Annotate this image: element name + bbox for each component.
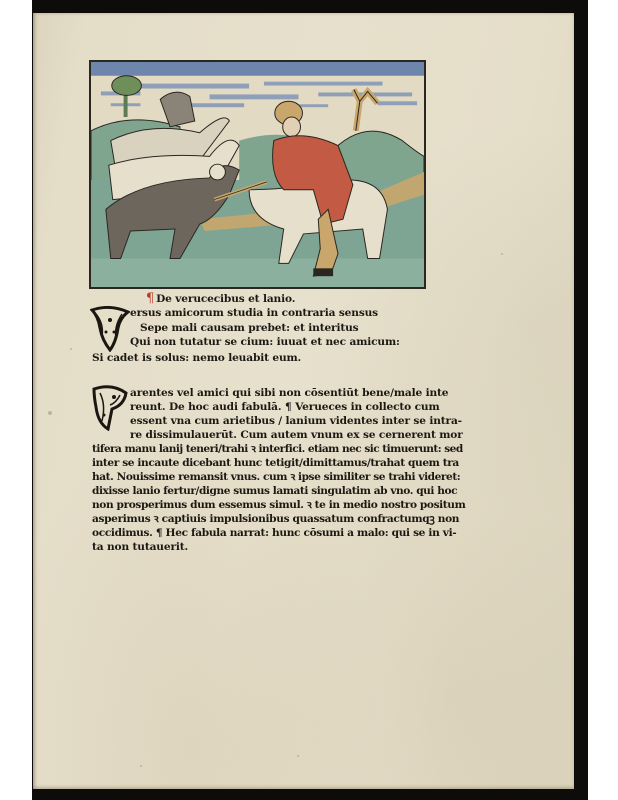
prose-line: tifera manu lanij teneri/trahi ꝛ interfi… (92, 442, 463, 456)
woodcut-scene-icon (91, 62, 424, 287)
foxing-spot (140, 765, 142, 767)
verse-line: Qui non tutatur se cium: iuuat et nec am… (130, 335, 400, 349)
foxing-spot (297, 755, 299, 757)
paragraph-mark-icon: ¶ (146, 291, 154, 306)
decorated-initial-v (90, 306, 130, 352)
woodcut-illustration (89, 60, 426, 289)
fable-title-text: De verucecibus et lanio. (156, 293, 295, 305)
prose-line: reunt. De hoc audi fabulā. ¶ Verueces in… (130, 400, 440, 414)
fable-title: ¶De verucecibus et lanio. (146, 292, 295, 306)
foxing-spot (48, 411, 52, 415)
verse-line: Sepe mali causam prebet: et interitus (140, 321, 358, 335)
prose-line: asperimus ꝛ captiuis impulsionibus quass… (92, 512, 459, 526)
foxing-spot (70, 348, 72, 350)
prose-line: dixisse lanio fertur/digne sumus lamati … (92, 484, 457, 498)
verse-line: Si cadet is solus: nemo leuabit eum. (92, 351, 301, 365)
prose-line: occidimus. ¶ Hec fabula narrat: hunc cōs… (92, 526, 456, 540)
prose-line: ta non tutauerit. (92, 540, 188, 554)
prose-line: hat. Nouissime remansit vnus. cum ꝛ ipse… (92, 470, 460, 484)
ornament-icon (90, 385, 130, 431)
prose-line: essent vna cum arietibus / lanium vident… (130, 414, 462, 428)
foxing-spot (501, 253, 503, 255)
prose-line: arentes vel amici qui sibi non cōsentiūt… (130, 386, 448, 400)
prose-line: re dissimulauerūt. Cum autem vnum ex se … (130, 428, 463, 442)
prose-line: non prosperimus dum essemus simul. ꝛ te … (92, 498, 465, 512)
prose-line: inter se incaute dicebant hunc tetigit/d… (92, 456, 459, 470)
decorated-initial-p (90, 385, 130, 431)
verse-line: ersus amicorum studia in contraria sensu… (130, 306, 378, 320)
ornament-icon (90, 306, 130, 352)
